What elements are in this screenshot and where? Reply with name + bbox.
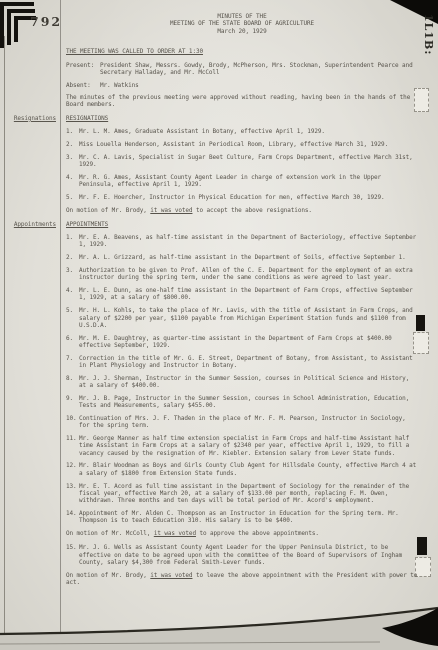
item-text: Mr. Blair Woodman as Boys and Girls Coun… xyxy=(79,462,418,477)
absent-label: Absent: xyxy=(66,82,100,89)
item-text: Mr. L. E. Dunn, as one-half time assista… xyxy=(79,287,418,302)
item-text: Miss Louella Henderson, Assistant in Per… xyxy=(79,141,418,148)
appointment-item: 6. Mr. M. E. Daughtrey, as quarter-time … xyxy=(66,335,418,350)
item-text: Mr. E. A. Beavens, as half-time assistan… xyxy=(79,234,418,249)
page-left-edge xyxy=(4,36,5,636)
item-number: 11. xyxy=(66,435,79,457)
motion-text: On motion of Mr. Brody, xyxy=(66,572,150,579)
motion-text: On motion of Mr. McColl, xyxy=(66,530,154,537)
resignation-item: 4. Mr. R. G. Ames, Assistant County Agen… xyxy=(66,174,418,189)
item-text: Mr. A. L. Grizzard, as half-time assista… xyxy=(79,254,418,261)
appointment-item: 11. Mr. George Manner as half time exten… xyxy=(66,435,418,457)
appointment-item: 7. Correction in the title of Mr. G. E. … xyxy=(66,355,418,370)
document-header: MINUTES OF THE MEETING OF THE STATE BOAR… xyxy=(66,13,418,35)
film-artifact-mark xyxy=(417,537,427,555)
item-number: 9. xyxy=(66,395,79,410)
item-number: 13. xyxy=(66,483,79,505)
item-text: Mr. George Manner as half time extension… xyxy=(79,435,418,457)
item-number: 5. xyxy=(66,307,79,329)
item-text: Continuation of Mrs. J. F. Thaden in the… xyxy=(79,415,418,430)
item-number: 3. xyxy=(66,267,79,282)
appointments-motion-2: On motion of Mr. Brody, it was voted to … xyxy=(66,572,418,587)
appointment-item: 1. Mr. E. A. Beavens, as half-time assis… xyxy=(66,234,418,249)
item-text: Mr. E. T. Acord as full time assistant i… xyxy=(79,483,418,505)
resignation-item: 2. Miss Louella Henderson, Assistant in … xyxy=(66,141,418,148)
appointment-item: 13. Mr. E. T. Acord as full time assista… xyxy=(66,483,418,505)
item-text: Mr. J. J. Sherman, Instructor in the Sum… xyxy=(79,375,418,390)
item-number: 1. xyxy=(66,128,79,135)
appointments-list-continued: 15. Mr. J. G. Wells as Assistant County … xyxy=(66,544,418,566)
absent-names: Mr. Watkins xyxy=(100,82,418,89)
item-text: Mr. J. G. Wells as Assistant County Agen… xyxy=(79,544,418,566)
appointment-item: 15. Mr. J. G. Wells as Assistant County … xyxy=(66,544,418,566)
film-frame-label: 1L1B: xyxy=(422,14,435,55)
appointment-item: 4. Mr. L. E. Dunn, as one-half time assi… xyxy=(66,287,418,302)
margin-note-resignations: Resignations xyxy=(0,115,56,122)
call-to-order-heading: THE MEETING WAS CALLED TO ORDER AT 1:30 xyxy=(66,48,418,55)
motion-voted-text: it was voted xyxy=(150,207,192,214)
header-line-3: March 20, 1929 xyxy=(66,28,418,35)
item-number: 2. xyxy=(66,254,79,261)
resignation-item: 1. Mr. L. M. Ames, Graduate Assistant in… xyxy=(66,128,418,135)
item-text: Mr. F. E. Hoercher, Instructor in Physic… xyxy=(79,194,418,201)
appointment-item: 9. Mr. J. B. Page, Instructor in the Sum… xyxy=(66,395,418,410)
present-row: Present: President Shaw, Messrs. Gowdy, … xyxy=(66,62,418,77)
appointments-heading: APPOINTMENTS xyxy=(66,221,418,228)
appointment-item: 2. Mr. A. L. Grizzard, as half-time assi… xyxy=(66,254,418,261)
item-text: Authorization to be given to Prof. Allen… xyxy=(79,267,418,282)
appointment-item: 10. Continuation of Mrs. J. F. Thaden in… xyxy=(66,415,418,430)
motion-voted-text: it was voted xyxy=(154,530,196,537)
item-number: 8. xyxy=(66,375,79,390)
resignation-item: 3. Mr. C. A. Lavis, Specialist in Sugar … xyxy=(66,154,418,169)
item-text: Mr. C. A. Lavis, Specialist in Sugar Bee… xyxy=(79,154,418,169)
item-number: 4. xyxy=(66,174,79,189)
item-number: 3. xyxy=(66,154,79,169)
item-number: 15. xyxy=(66,544,79,566)
motion-text: to approve the above appointments. xyxy=(196,530,319,537)
item-number: 4. xyxy=(66,287,79,302)
item-number: 7. xyxy=(66,355,79,370)
resignation-item: 5. Mr. F. E. Hoercher, Instructor in Phy… xyxy=(66,194,418,201)
appointment-item: 14. Appointment of Mr. Alden C. Thompson… xyxy=(66,510,418,525)
appointment-item: 5. Mr. H. L. Kohls, to take the place of… xyxy=(66,307,418,329)
motion-text: On motion of Mr. Brody, xyxy=(66,207,150,214)
motion-text: to accept the above resignations. xyxy=(192,207,311,214)
item-text: Mr. H. L. Kohls, to take the place of Mr… xyxy=(79,307,418,329)
header-line-2: MEETING OF THE STATE BOARD OF AGRICULTUR… xyxy=(66,20,418,27)
page-bottom-curl xyxy=(0,598,438,650)
minutes-approval-note: The minutes of the previous meeting were… xyxy=(66,94,418,109)
margin-note-appointments: Appointments xyxy=(0,221,56,228)
item-text: Mr. L. M. Ames, Graduate Assistant in Bo… xyxy=(79,128,418,135)
item-text: Correction in the title of Mr. G. E. Str… xyxy=(79,355,418,370)
appointments-motion-1: On motion of Mr. McColl, it was voted to… xyxy=(66,530,418,537)
appointment-item: 8. Mr. J. J. Sherman, Instructor in the … xyxy=(66,375,418,390)
item-number: 2. xyxy=(66,141,79,148)
item-number: 14. xyxy=(66,510,79,525)
resignations-heading: RESIGNATIONS xyxy=(66,115,418,122)
item-number: 5. xyxy=(66,194,79,201)
resignations-motion: On motion of Mr. Brody, it was voted to … xyxy=(66,207,418,214)
item-number: 1. xyxy=(66,234,79,249)
item-number: 10. xyxy=(66,415,79,430)
appointment-item: 3. Authorization to be given to Prof. Al… xyxy=(66,267,418,282)
appointment-item: 12. Mr. Blair Woodman as Boys and Girls … xyxy=(66,462,418,477)
scanned-minutes-page: 1L1B: 792 Resignations Appointments MINU… xyxy=(0,0,438,650)
item-text: Mr. M. E. Daughtrey, as quarter-time ass… xyxy=(79,335,418,350)
margin-rule xyxy=(60,0,61,634)
absent-row: Absent: Mr. Watkins xyxy=(66,82,418,89)
item-text: Appointment of Mr. Alden C. Thompson as … xyxy=(79,510,418,525)
appointments-list: 1. Mr. E. A. Beavens, as half-time assis… xyxy=(66,234,418,524)
present-names: President Shaw, Messrs. Gowdy, Brody, Mc… xyxy=(100,62,418,77)
item-number: 12. xyxy=(66,462,79,477)
item-text: Mr. R. G. Ames, Assistant County Agent L… xyxy=(79,174,418,189)
motion-voted-text: it was voted xyxy=(150,572,192,579)
document-body: MINUTES OF THE MEETING OF THE STATE BOAR… xyxy=(66,13,418,593)
item-number: 6. xyxy=(66,335,79,350)
header-line-1: MINUTES OF THE xyxy=(66,13,418,20)
resignations-list: 1. Mr. L. M. Ames, Graduate Assistant in… xyxy=(66,128,418,201)
item-text: Mr. J. B. Page, Instructor in the Summer… xyxy=(79,395,418,410)
page-number: 792 xyxy=(30,14,62,29)
present-label: Present: xyxy=(66,62,100,77)
